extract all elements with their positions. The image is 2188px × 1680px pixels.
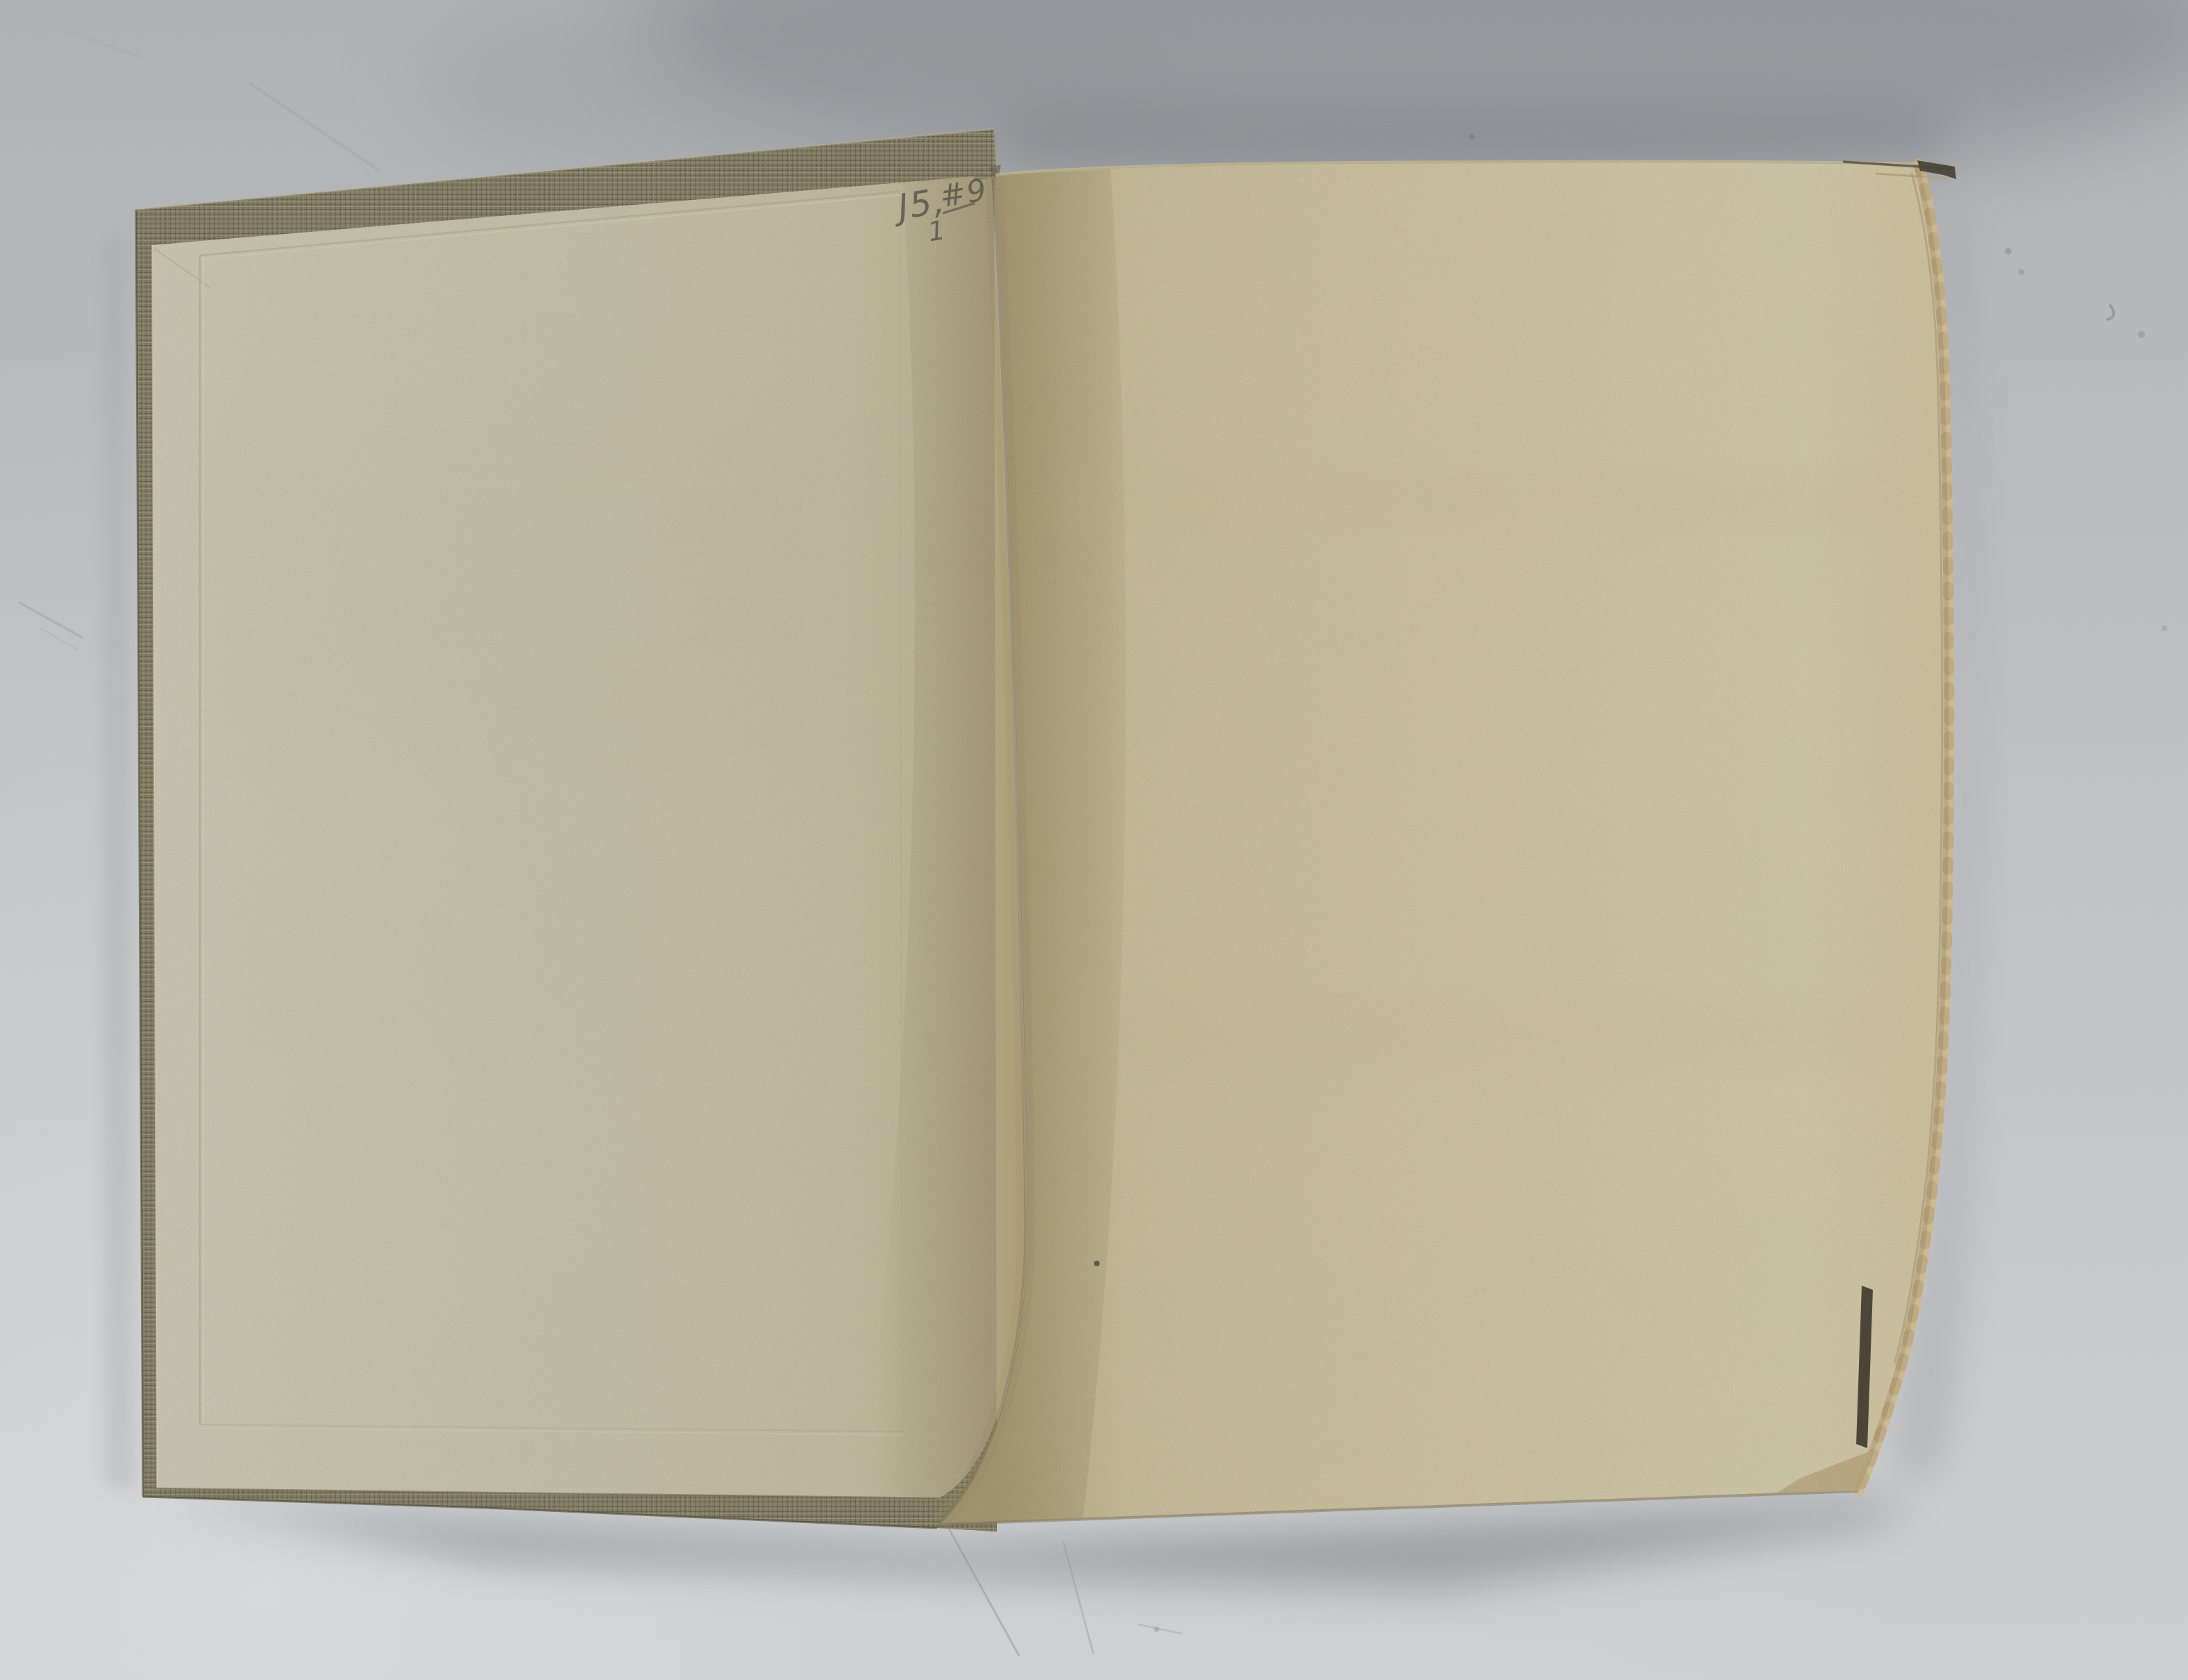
speck-top: [1469, 134, 1474, 140]
speck-right-2: [2019, 269, 2024, 275]
speck-right-4: [2162, 625, 2167, 631]
paper-mottling: [0, 0, 2188, 1680]
speck-bottom: [1154, 1627, 1159, 1632]
photo-open-book-on-gray-surface: J5, 1 #9: [0, 0, 2188, 1680]
book-photo-canvas: J5, 1 #9: [0, 0, 2188, 1680]
speck-right-3: [2138, 331, 2145, 338]
speck-right-1: [2005, 248, 2012, 255]
paper-texture-overlays: [0, 0, 2188, 1680]
